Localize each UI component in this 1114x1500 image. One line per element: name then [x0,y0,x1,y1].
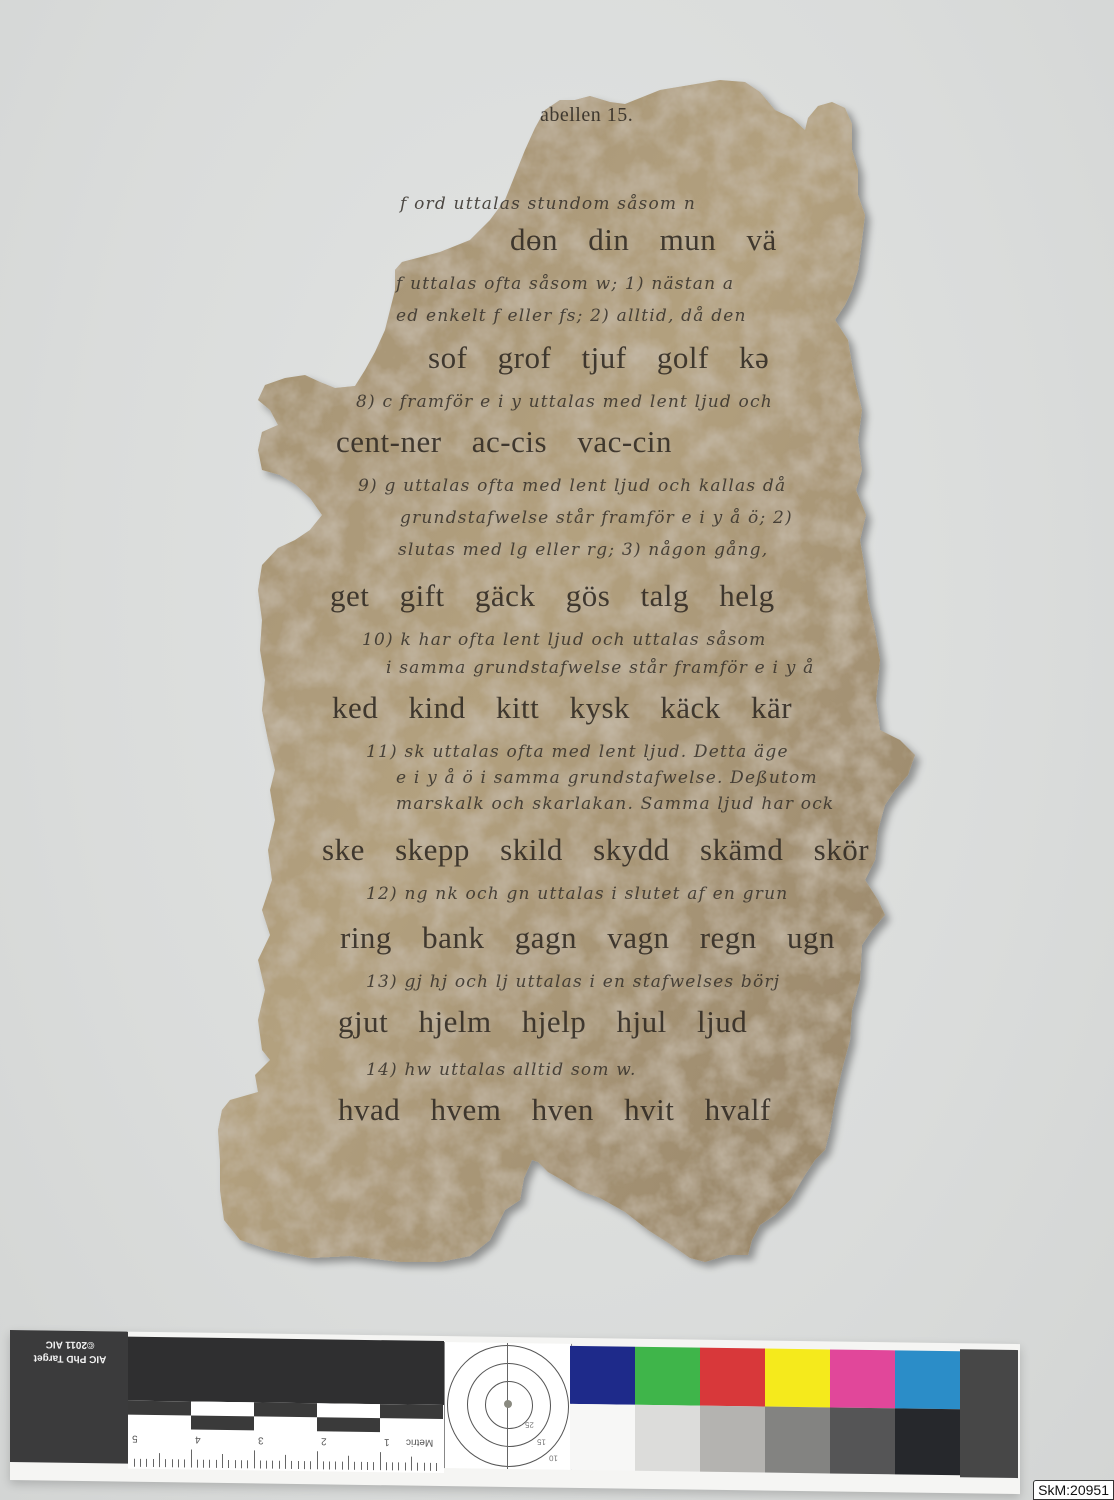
ruler-block [191,1402,254,1417]
bullseye-label: 10 [549,1454,558,1463]
ruler-block [380,1404,443,1419]
photo-backdrop [0,0,1114,1500]
patch-end-strip [960,1349,1018,1478]
patch-white [570,1404,635,1471]
bullseye-label: 15 [537,1437,546,1446]
ruler-number: 1 [384,1436,390,1447]
bullseye-center-pin [504,1400,512,1408]
ruler-number: 4 [195,1434,201,1445]
patch-light-gray [635,1405,700,1472]
ruler-number: 5 [132,1433,138,1444]
ruler-number: 3 [258,1434,264,1445]
ruler-block [317,1403,380,1418]
target-label-title: AIC PhD Target [20,1350,120,1365]
patch-mid-light-gray [700,1406,765,1473]
patch-near-black [895,1408,960,1475]
inventory-number: SkM:20951 [1033,1480,1114,1500]
patch-dark-gray [830,1407,895,1474]
ruler-block [128,1401,191,1416]
metric-ruler: 5 4 3 2 1 Metric [128,1401,444,1473]
patch-yellow [765,1349,830,1408]
patch-red [700,1348,765,1407]
ruler-block [254,1402,317,1417]
ruler-block [191,1416,254,1431]
patch-mid-gray [765,1407,830,1474]
bullseye-label: 25 [525,1420,534,1429]
ruler-block [317,1417,380,1432]
target-label-block: AIC PhD Target ©2011 AIC [10,1330,128,1464]
target-label: AIC PhD Target ©2011 AIC [20,1336,120,1365]
patch-blue [570,1346,635,1405]
black-density-strip [128,1337,444,1405]
color-calibration-target: AIC PhD Target ©2011 AIC 5 4 3 2 1 Metri… [10,1330,1020,1480]
target-label-copyright: ©2011 AIC [20,1336,120,1351]
focus-bullseye: 25 15 10 [444,1342,572,1470]
patch-green [635,1347,700,1406]
patch-cyan [895,1350,960,1409]
target-card: AIC PhD Target ©2011 AIC 5 4 3 2 1 Metri… [10,1330,1020,1494]
ruler-number: 2 [321,1435,327,1446]
ruler-unit-label: Metric [406,1437,433,1448]
patch-magenta [830,1349,895,1408]
